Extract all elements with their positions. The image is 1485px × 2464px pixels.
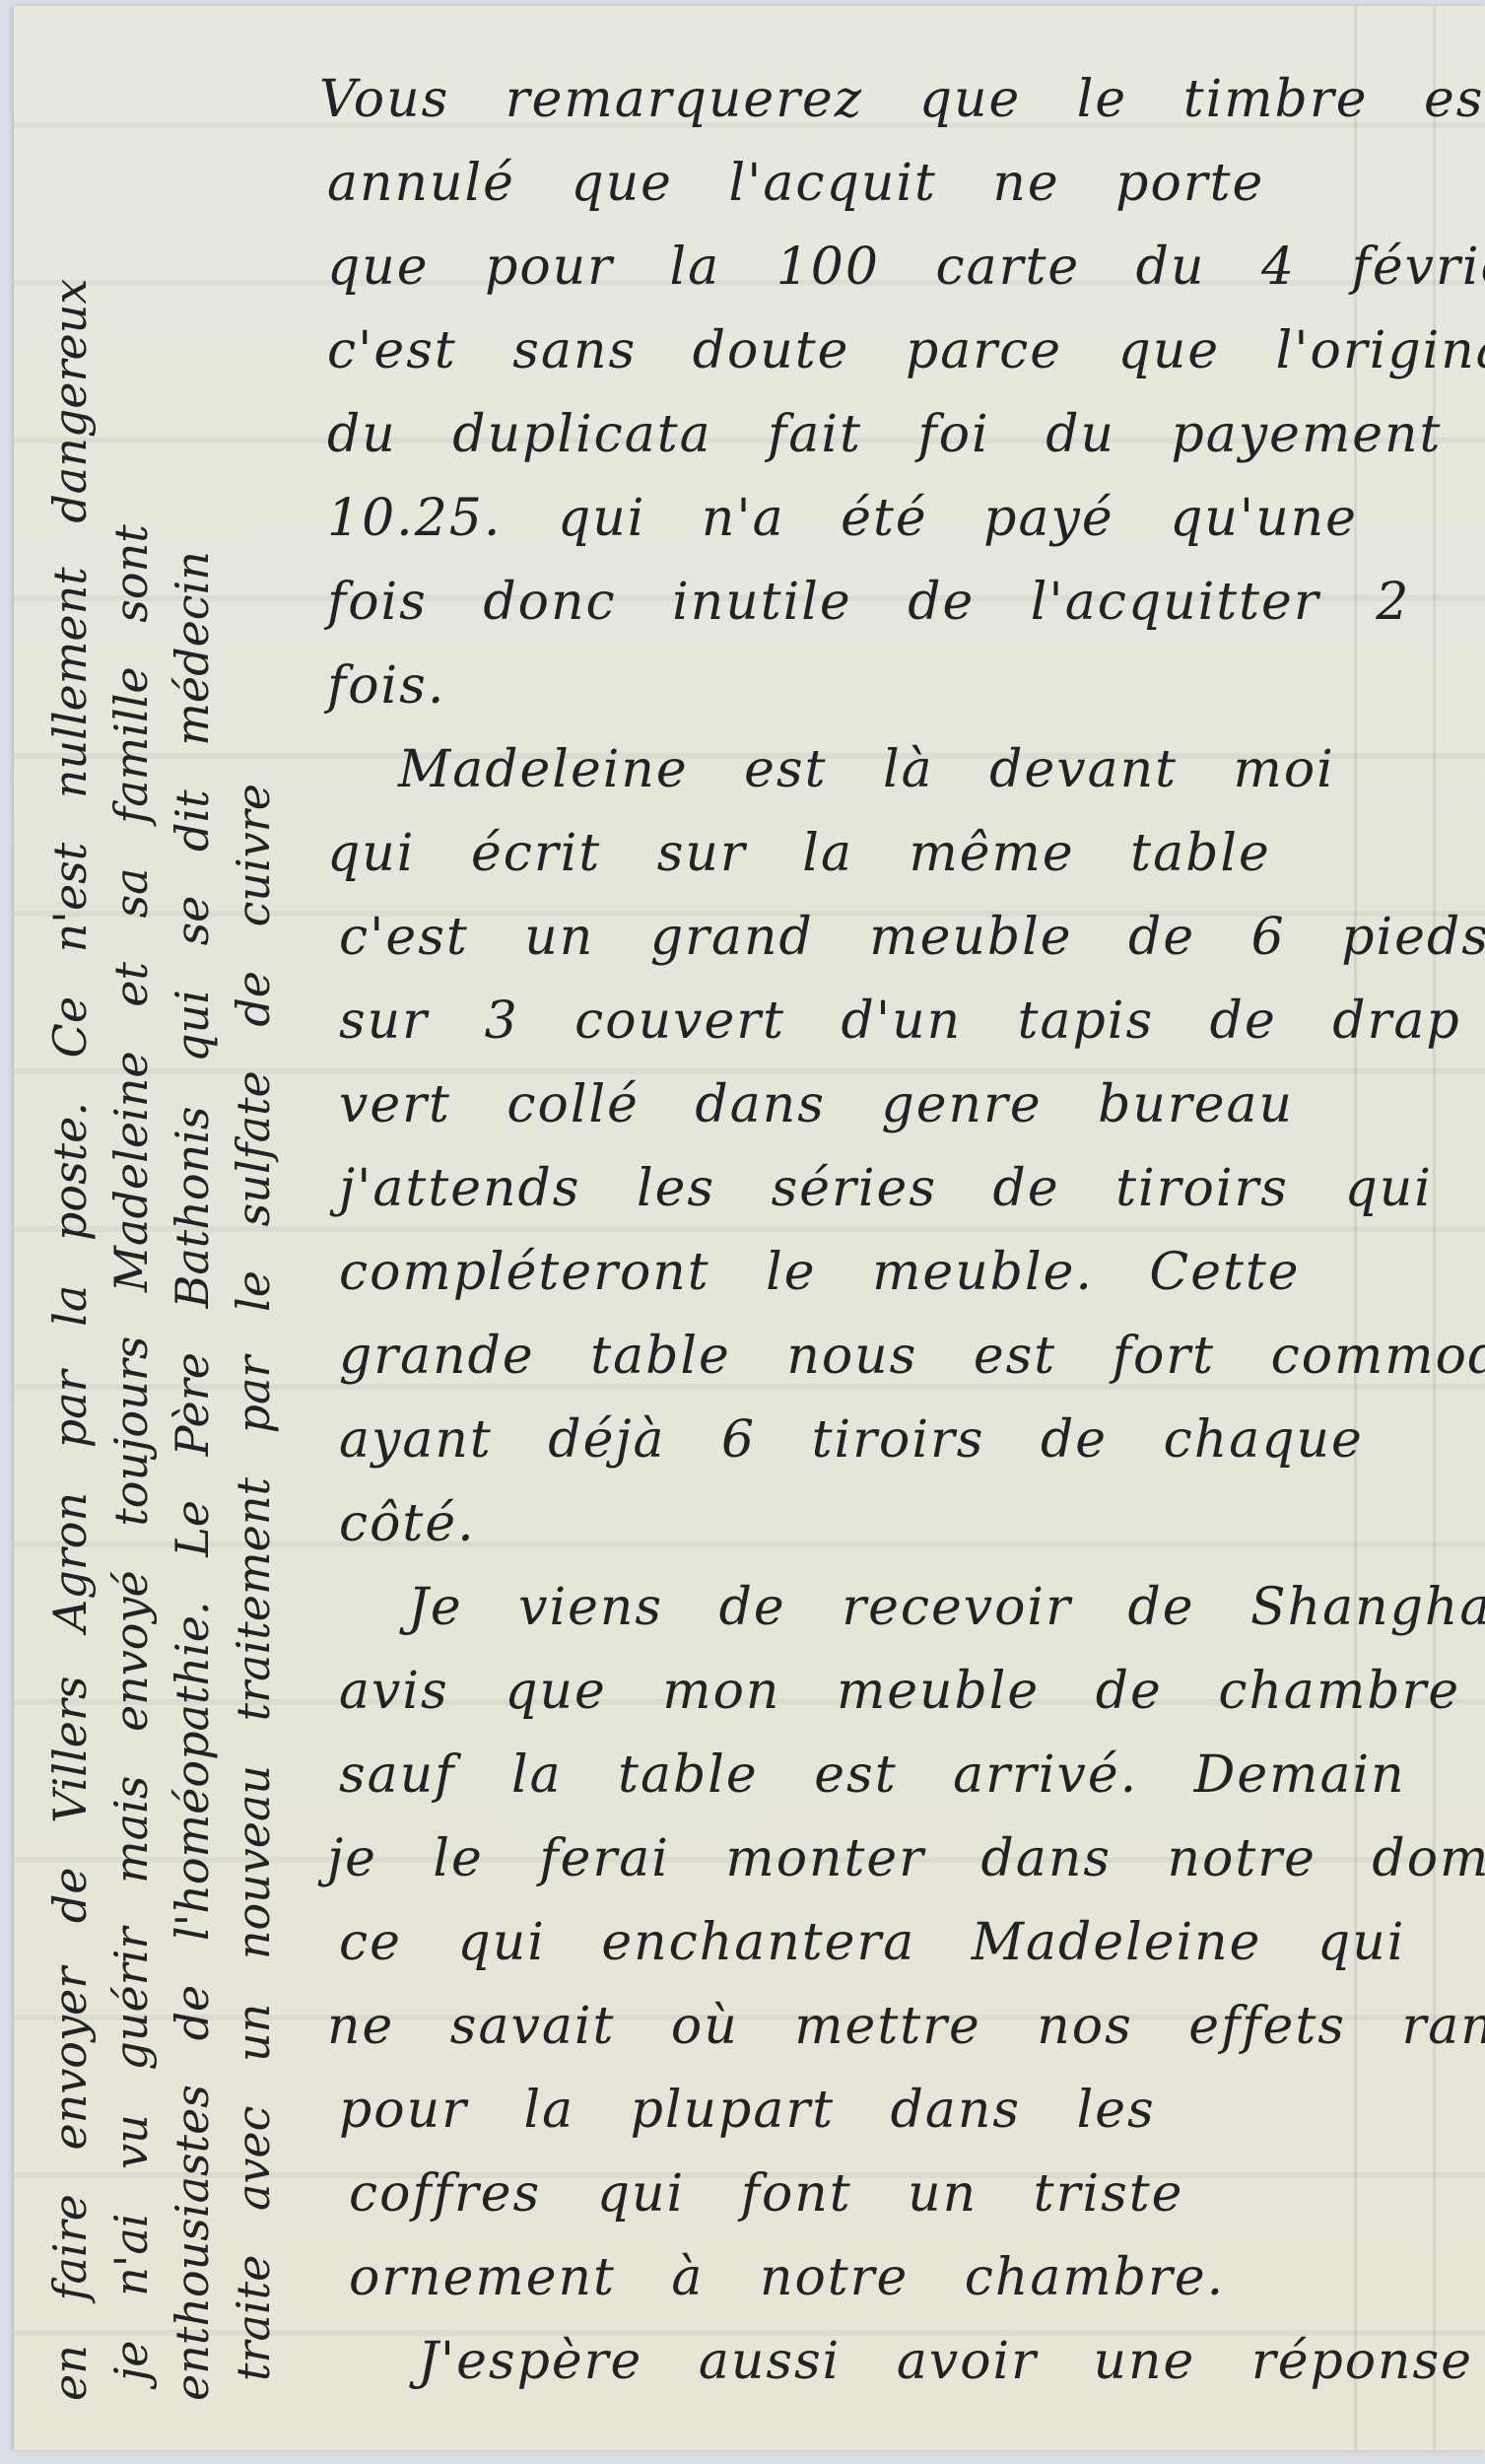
- letter-line: 10.25. qui n'a été payé qu'une: [327, 489, 1358, 548]
- letter-line: du duplicata fait foi du payement: [327, 405, 1442, 464]
- letter-line: c'est sans doute parce que l'original: [327, 321, 1485, 380]
- letter-line: avis que mon meuble de chambre: [339, 1662, 1460, 1721]
- margin-line: traite avec un nouveau traitement par le…: [227, 784, 280, 2381]
- margin-line: je n'ai vu guérir mais envoyé toujours M…: [104, 524, 158, 2381]
- letter-line: sur 3 couvert d'un tapis de drap: [339, 992, 1461, 1051]
- margin-line: enthousiastes de l'homéopathie. Le Père …: [166, 551, 219, 2401]
- letter-line: vert collé dans genre bureau: [339, 1075, 1294, 1134]
- letter-line: ayant déjà 6 tiroirs de chaque: [339, 1410, 1364, 1470]
- margin-line: en faire envoyer de Villers Agron par la…: [43, 279, 97, 2401]
- letter-line: j'attends les séries de tiroirs qui: [339, 1159, 1433, 1218]
- letter-line: Madeleine est là devant moi: [398, 740, 1335, 799]
- letter-line: pour la plupart dans les: [339, 2081, 1156, 2140]
- letter-line: ce qui enchantera Madeleine qui: [339, 1913, 1405, 1972]
- letter-line: ne savait où mettre nos effets rangés: [327, 1997, 1485, 2056]
- letter-line: c'est un grand meuble de 6 pieds: [339, 908, 1485, 967]
- letter-line: fois donc inutile de l'acquitter 2: [327, 573, 1410, 632]
- letter-line: je le ferai monter dans notre domaine: [327, 1829, 1485, 1888]
- letter-line: fois.: [327, 656, 445, 716]
- letter-line: qui écrit sur la même table: [327, 824, 1271, 883]
- letter-line: coffres qui font un triste: [349, 2164, 1183, 2224]
- letter-line: côté.: [339, 1494, 476, 1553]
- letter-page: Vous remarquerez que le timbre est annul…: [14, 6, 1485, 2450]
- letter-line: grande table nous est fort commode: [339, 1327, 1485, 1386]
- letter-line: que pour la 100 carte du 4 février: [327, 238, 1485, 297]
- letter-line: compléteront le meuble. Cette: [339, 1243, 1301, 1302]
- letter-line: sauf la table est arrivé. Demain: [339, 1745, 1406, 1805]
- letter-line: Vous remarquerez que le timbre est: [319, 70, 1485, 129]
- letter-line: ornement à notre chambre.: [349, 2248, 1225, 2307]
- letter-line: Je viens de recevoir de Shanghai: [408, 1578, 1485, 1637]
- letter-line: annulé que l'acquit ne porte: [327, 154, 1264, 213]
- letter-line: J'espère aussi avoir une réponse: [418, 2332, 1473, 2391]
